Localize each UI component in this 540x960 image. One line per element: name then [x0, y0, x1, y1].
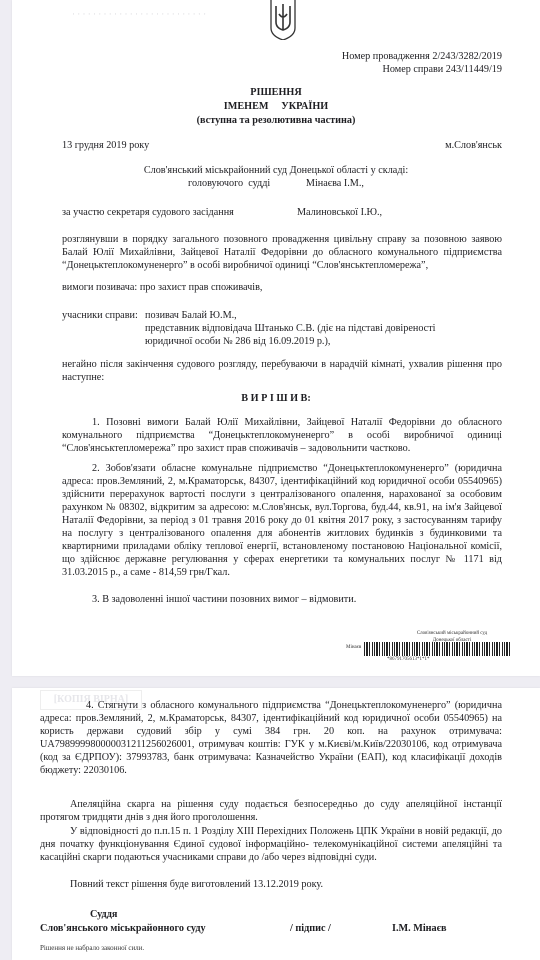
- document-page-1: · · · · · · · · · · · · · · · · · · · · …: [12, 0, 540, 676]
- decision-item-3: 3. В задоволенні іншої частини позовних …: [92, 593, 356, 606]
- stamp-judge: Мінаєв: [346, 645, 361, 650]
- document-barcode: [364, 642, 512, 656]
- decision-item-1: 1. Позовні вимоги Балай Юлії Михайлівни,…: [62, 416, 502, 455]
- decision-date: 13 грудня 2019 року: [62, 139, 149, 152]
- signature-title: Суддя: [90, 908, 117, 921]
- document-subtitle: ІМЕНЕМ УКРАЇНИ: [12, 100, 540, 113]
- ukraine-trident-emblem-icon: [269, 0, 297, 40]
- document-title: РІШЕННЯ: [12, 86, 540, 99]
- case-proceeding-number: Номер провадження 2/243/3282/2019: [342, 50, 502, 63]
- transitional-provisions-paragraph: У відповідності до п.п.15 п. 1 Розділу Х…: [40, 825, 502, 864]
- decision-item-4: 4. Стягнути з обласного комунального під…: [40, 699, 502, 777]
- considered-paragraph: розглянувши в порядку загального позовно…: [62, 233, 502, 272]
- deliberation-paragraph: негайно після закінчення судового розгля…: [62, 358, 502, 384]
- participants-label: учасники справи:: [62, 309, 138, 322]
- document-part: (вступна та резолютивна частина): [12, 114, 540, 127]
- court-composition: Слов'янський міськрайонний суд Донецької…: [12, 164, 540, 177]
- decided-heading: В И Р І Ш И В:: [12, 392, 540, 405]
- signature-mark: / підпис /: [290, 922, 331, 935]
- participant-power-of-attorney: юридичної особи № 286 від 16.09.2019 р.)…: [145, 335, 330, 348]
- not-in-force-note: Рішення не набрало законної сили.: [40, 944, 144, 952]
- presiding-judge: головуючого судді Мінаєва І.М.,: [12, 177, 540, 190]
- participant-representative: представник відповідача Штанько С.В. (ді…: [145, 322, 435, 335]
- decision-item-2: 2. Зобов'язати обласне комунальне підпри…: [62, 462, 502, 579]
- barcode-text: *86791705613*1*1*: [387, 657, 430, 662]
- document-page-2: [КОПІЯ ВІРНА] 4. Стягнути з обласного ко…: [12, 688, 540, 960]
- secretary-label: за участю секретаря судового засідання: [62, 206, 234, 219]
- stamp-court-name: Слов'янський міськрайонний суд: [392, 630, 512, 637]
- appeal-paragraph: Апеляційна скарга на рішення суду подаєт…: [40, 798, 502, 824]
- full-text-date: Повний текст рішення буде виготовлений 1…: [70, 878, 323, 891]
- decision-city: м.Слов'янськ: [445, 139, 502, 152]
- participant-plaintiff: позивач Балай Ю.М.,: [145, 309, 237, 322]
- claims-line: вимоги позивача: про захист прав спожива…: [62, 281, 262, 294]
- signature-judge-name: І.М. Мінаєв: [392, 922, 447, 935]
- bleed-through-text: · · · · · · · · · · · · · · · · · · · · …: [72, 8, 206, 20]
- secretary-name: Малиновської І.Ю.,: [297, 206, 382, 219]
- case-number: Номер справи 243/11449/19: [383, 63, 502, 76]
- signature-court: Слов'янського міськрайонного суду: [40, 922, 206, 935]
